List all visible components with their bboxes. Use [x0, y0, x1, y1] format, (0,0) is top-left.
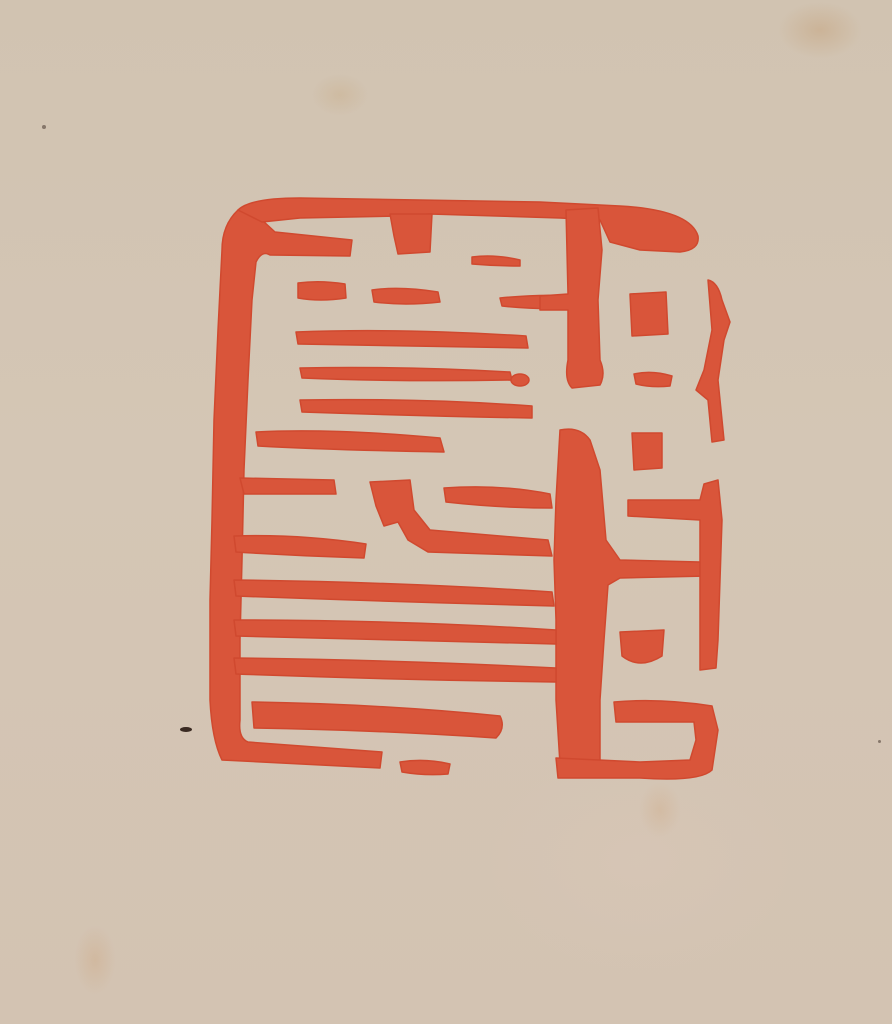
seal-photo: Square red seal stamp with carved seal-s… [0, 0, 892, 1024]
seal-stroke [298, 282, 346, 300]
seal-dot [511, 374, 529, 386]
seal-stroke [634, 372, 672, 386]
seal-stroke [234, 658, 556, 682]
seal-stroke [256, 431, 444, 452]
paper-speck [878, 740, 881, 743]
seal-stroke [472, 256, 520, 266]
seal-stroke [444, 487, 552, 508]
seal-stroke [540, 208, 603, 388]
seal-stroke [234, 620, 556, 644]
seal-stroke [252, 702, 502, 738]
seal-stroke [630, 292, 668, 336]
seal-stroke [234, 580, 554, 606]
paper-speck [42, 125, 46, 129]
seal-stroke [300, 368, 512, 381]
seal-stroke [620, 630, 664, 663]
seal-stroke [234, 536, 366, 558]
seal-stroke [240, 478, 336, 494]
seal-stroke [296, 331, 528, 348]
seal-stroke [632, 433, 662, 470]
seal-stroke [300, 400, 532, 418]
seal-stroke [390, 214, 432, 254]
seal-stroke [400, 760, 450, 774]
seal-stroke [696, 280, 730, 442]
seal-impression [0, 0, 892, 1024]
paper-speck [180, 727, 192, 732]
seal-stroke [372, 288, 440, 304]
